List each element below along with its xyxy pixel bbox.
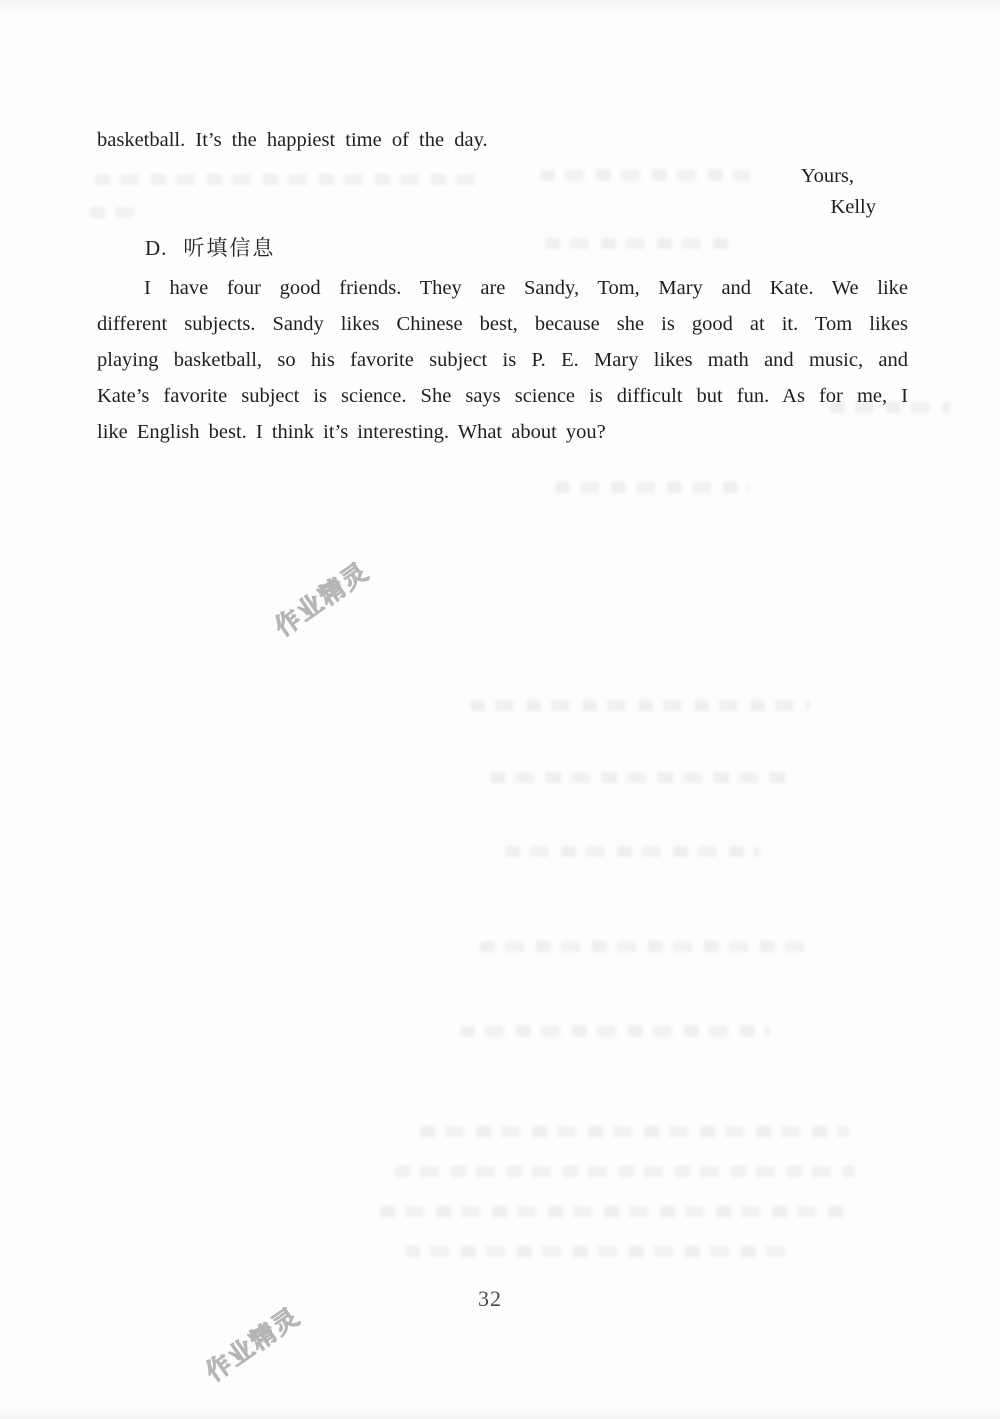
letter-ending-line: basketball. It’s the happiest time of th… (97, 128, 488, 152)
bleedthrough-artifact (420, 1126, 850, 1137)
page-number: 32 (478, 1286, 502, 1312)
bleedthrough-artifact (460, 1026, 770, 1037)
bleedthrough-artifact (380, 1206, 850, 1217)
passage-line: different subjects. Sandy likes Chinese … (97, 306, 908, 342)
passage-line: Kate’s favorite subject is science. She … (97, 378, 908, 414)
section-heading: D.听填信息 (145, 234, 275, 262)
bleedthrough-artifact (505, 846, 760, 857)
passage-line: like English best. I think it’s interest… (97, 414, 908, 450)
passage-line: playing basketball, so his favorite subj… (97, 342, 908, 378)
bleedthrough-artifact (470, 700, 810, 711)
watermark-text: 作业精灵 (197, 1297, 306, 1388)
bleedthrough-artifact (540, 170, 750, 181)
section-title: 听填信息 (183, 236, 275, 260)
bleedthrough-artifact (480, 941, 810, 952)
bleedthrough-artifact (95, 174, 485, 185)
bleedthrough-artifact (555, 482, 750, 493)
letter-signature: Kelly (830, 195, 876, 219)
bleedthrough-artifact (490, 772, 790, 783)
listening-passage: I have four good friends. They are Sandy… (97, 270, 908, 450)
bleedthrough-artifact (545, 238, 730, 249)
watermark-text: 作业精灵 (266, 552, 375, 643)
letter-valediction: Yours, (801, 164, 854, 188)
bleedthrough-artifact (395, 1166, 855, 1177)
scanned-document-page: basketball. It’s the happiest time of th… (0, 0, 1000, 1419)
bleedthrough-artifact (405, 1246, 795, 1257)
section-label: D. (145, 236, 167, 260)
passage-line: I have four good friends. They are Sandy… (97, 270, 908, 306)
bleedthrough-artifact (90, 207, 135, 218)
